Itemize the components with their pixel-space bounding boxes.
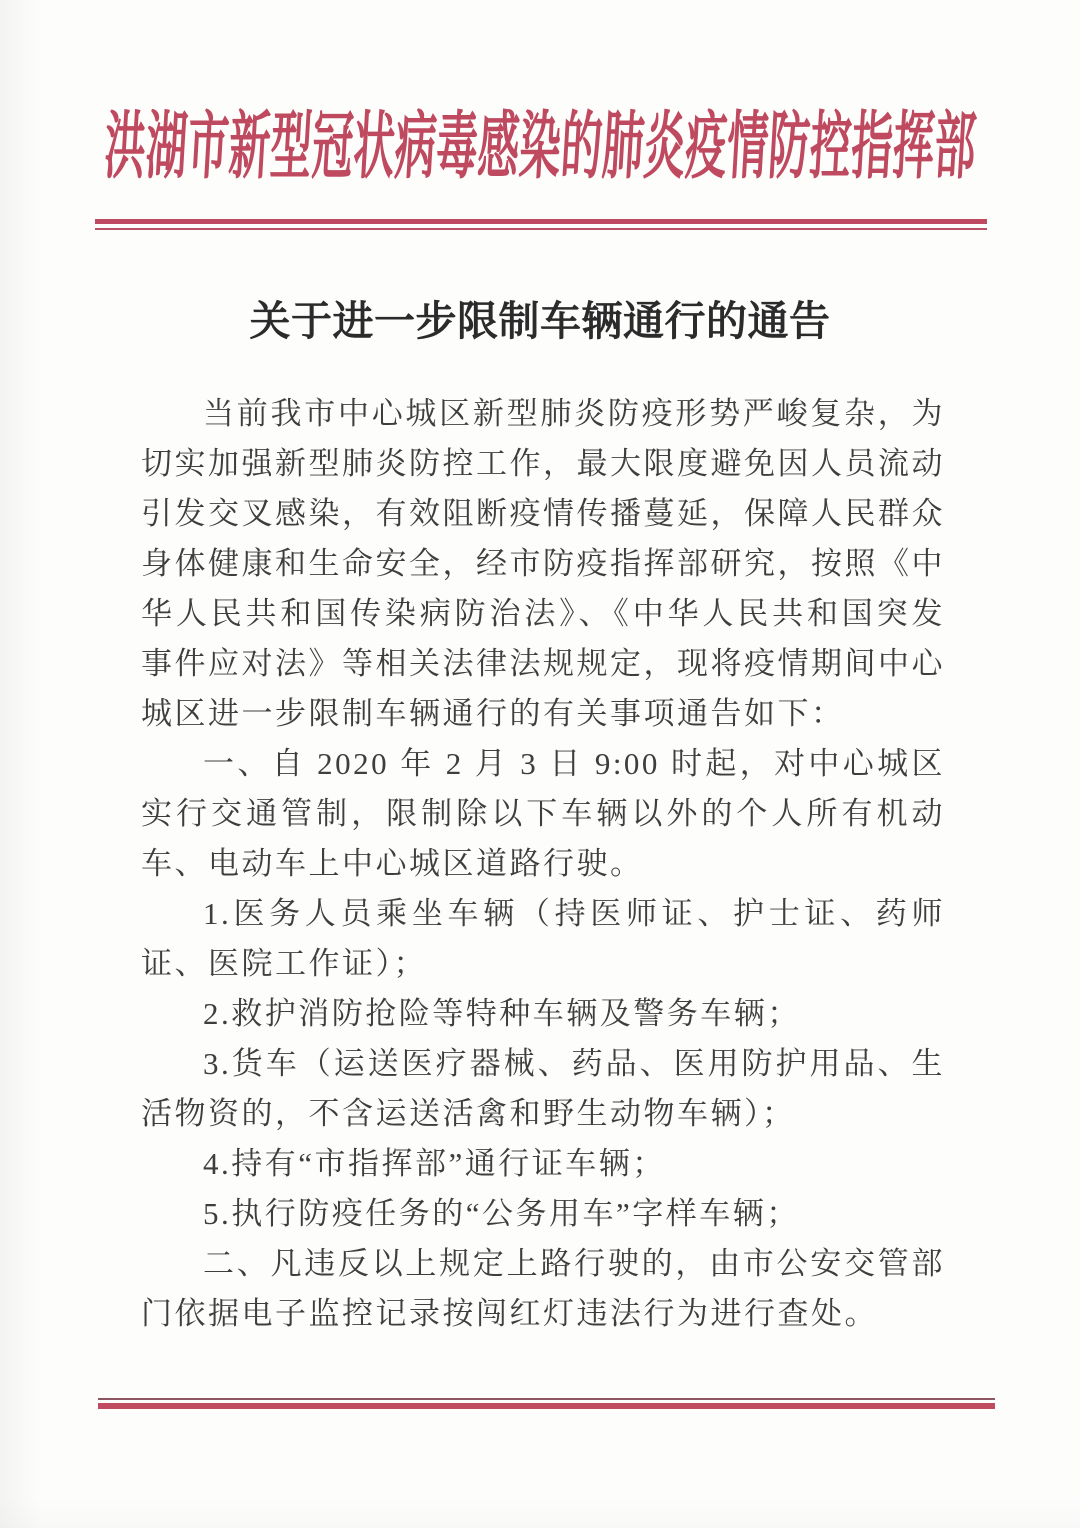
exempt-item-4: 4.持有“市指挥部”通行证车辆； [141, 1139, 945, 1189]
letterhead-org-name: 洪湖市新型冠状病毒感染的肺炎疫情防控指挥部 [0, 103, 1080, 189]
notice-title: 关于进一步限制车辆通行的通告 [0, 288, 1080, 347]
intro-paragraph: 当前我市中心城区新型肺炎防疫形势严峻复杂，为切实加强新型肺炎防控工作，最大限度避… [141, 389, 945, 739]
clause-two: 二、凡违反以上规定上路行驶的，由市公安交管部门依据电子监控记录按闯红灯违法行为进… [141, 1239, 945, 1339]
footer-divider [98, 1398, 995, 1409]
exempt-item-1: 1.医务人员乘坐车辆（持医师证、护士证、药师证、医院工作证）； [141, 889, 945, 989]
exempt-item-5: 5.执行防疫任务的“公务用车”字样车辆； [141, 1189, 945, 1239]
exempt-item-2: 2.救护消防抢险等特种车辆及警务车辆； [141, 989, 945, 1039]
exempt-item-3: 3.货车（运送医疗器械、药品、医用防护用品、生活物资的，不含运送活禽和野生动物车… [141, 1039, 945, 1139]
notice-body: 当前我市中心城区新型肺炎防疫形势严峻复杂，为切实加强新型肺炎防控工作，最大限度避… [141, 389, 945, 1339]
footer-divider-thin-rule [98, 1398, 995, 1400]
letterhead-divider-thick-rule [95, 219, 987, 224]
letterhead-divider [95, 219, 987, 230]
clause-one: 一、自 2020 年 2 月 3 日 9:00 时起，对中心城区实行交通管制，限… [141, 739, 945, 889]
notice-page: 洪湖市新型冠状病毒感染的肺炎疫情防控指挥部 关于进一步限制车辆通行的通告 当前我… [0, 0, 1080, 1528]
letterhead-divider-thin-rule [95, 228, 987, 230]
footer-divider-thick-rule [98, 1403, 995, 1409]
